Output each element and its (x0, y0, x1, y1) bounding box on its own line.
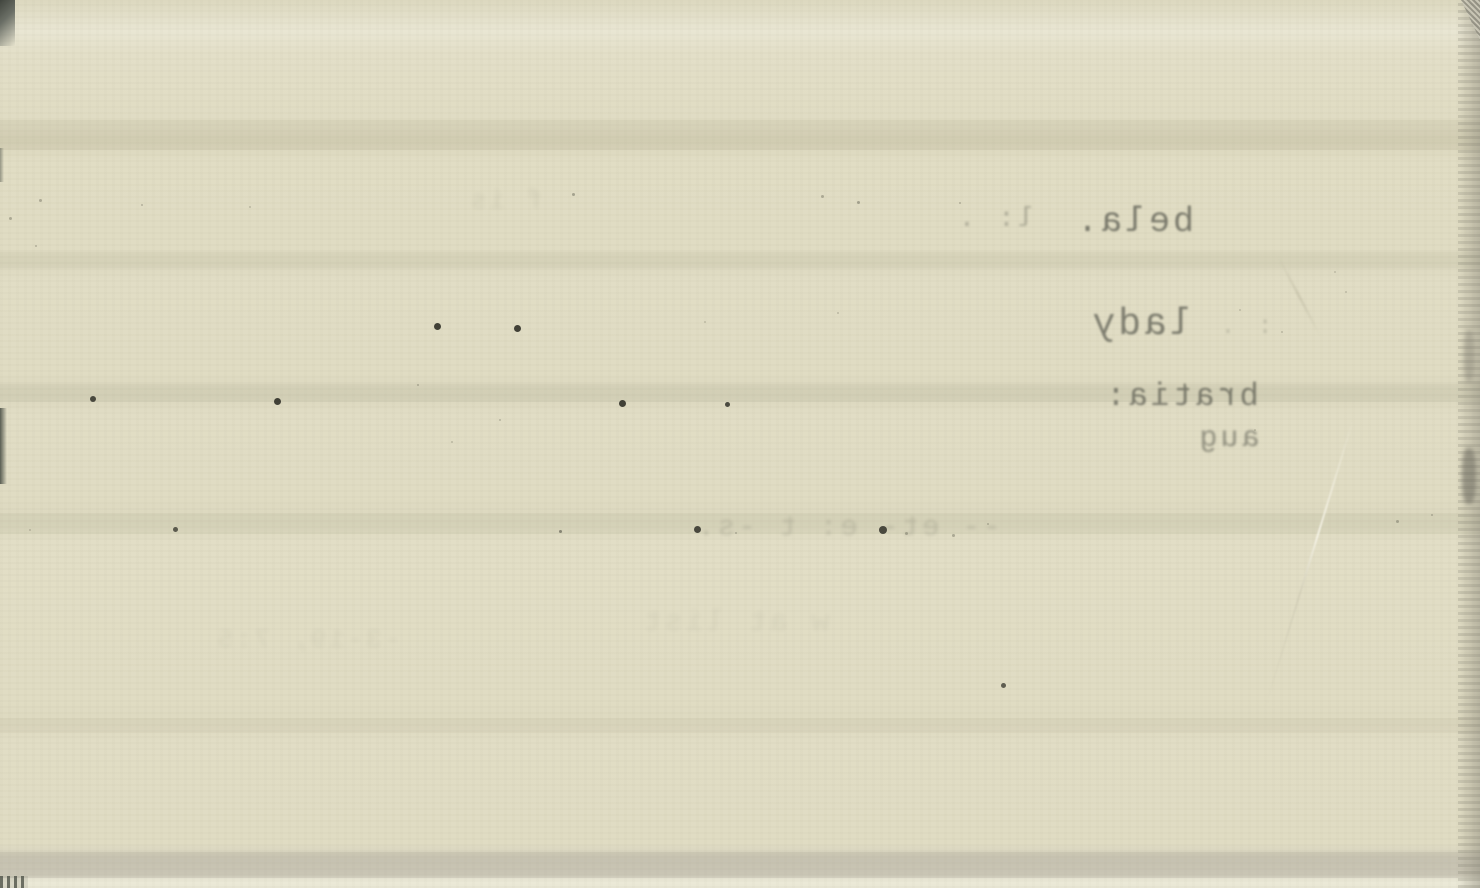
paper-speck (39, 199, 42, 202)
ink-dot (514, 325, 521, 332)
paper-speck (1239, 309, 1241, 311)
paper-speck (35, 245, 37, 247)
paper-speck (499, 419, 501, 421)
paper-speck (837, 312, 839, 314)
paper-speck (735, 532, 737, 534)
paper-speck (1345, 291, 1347, 293)
ink-dot (619, 400, 626, 407)
ink-dot (90, 396, 96, 402)
paper-speck (572, 193, 575, 196)
ink-dot (694, 526, 701, 533)
ink-dot (725, 402, 730, 407)
paper-speck (1396, 520, 1399, 523)
paper-speck (1254, 429, 1256, 431)
paper-speck (857, 201, 860, 204)
ink-dot (173, 527, 178, 532)
paper-speck (952, 534, 955, 537)
paper-speck (141, 204, 143, 206)
scanned-card-back: l: .bela.lady: .bratia:aug-- et- e: t -s… (0, 0, 1480, 888)
ink-dot (559, 530, 562, 533)
ink-dots-layer (0, 0, 1480, 888)
ink-dot (434, 323, 441, 330)
ink-dot (1001, 683, 1006, 688)
ink-dot (274, 398, 281, 405)
paper-speck (1334, 271, 1336, 273)
paper-speck (1431, 514, 1433, 516)
paper-speck (9, 217, 12, 220)
paper-speck (29, 529, 31, 531)
paper-speck (704, 321, 706, 323)
paper-speck (821, 195, 824, 198)
paper-speck (249, 206, 251, 208)
paper-speck (1281, 331, 1283, 333)
paper-speck (451, 441, 453, 443)
paper-speck (987, 523, 989, 525)
paper-speck (959, 202, 961, 204)
ink-dot (879, 526, 887, 534)
paper-speck (417, 384, 419, 386)
paper-speck (905, 532, 908, 535)
